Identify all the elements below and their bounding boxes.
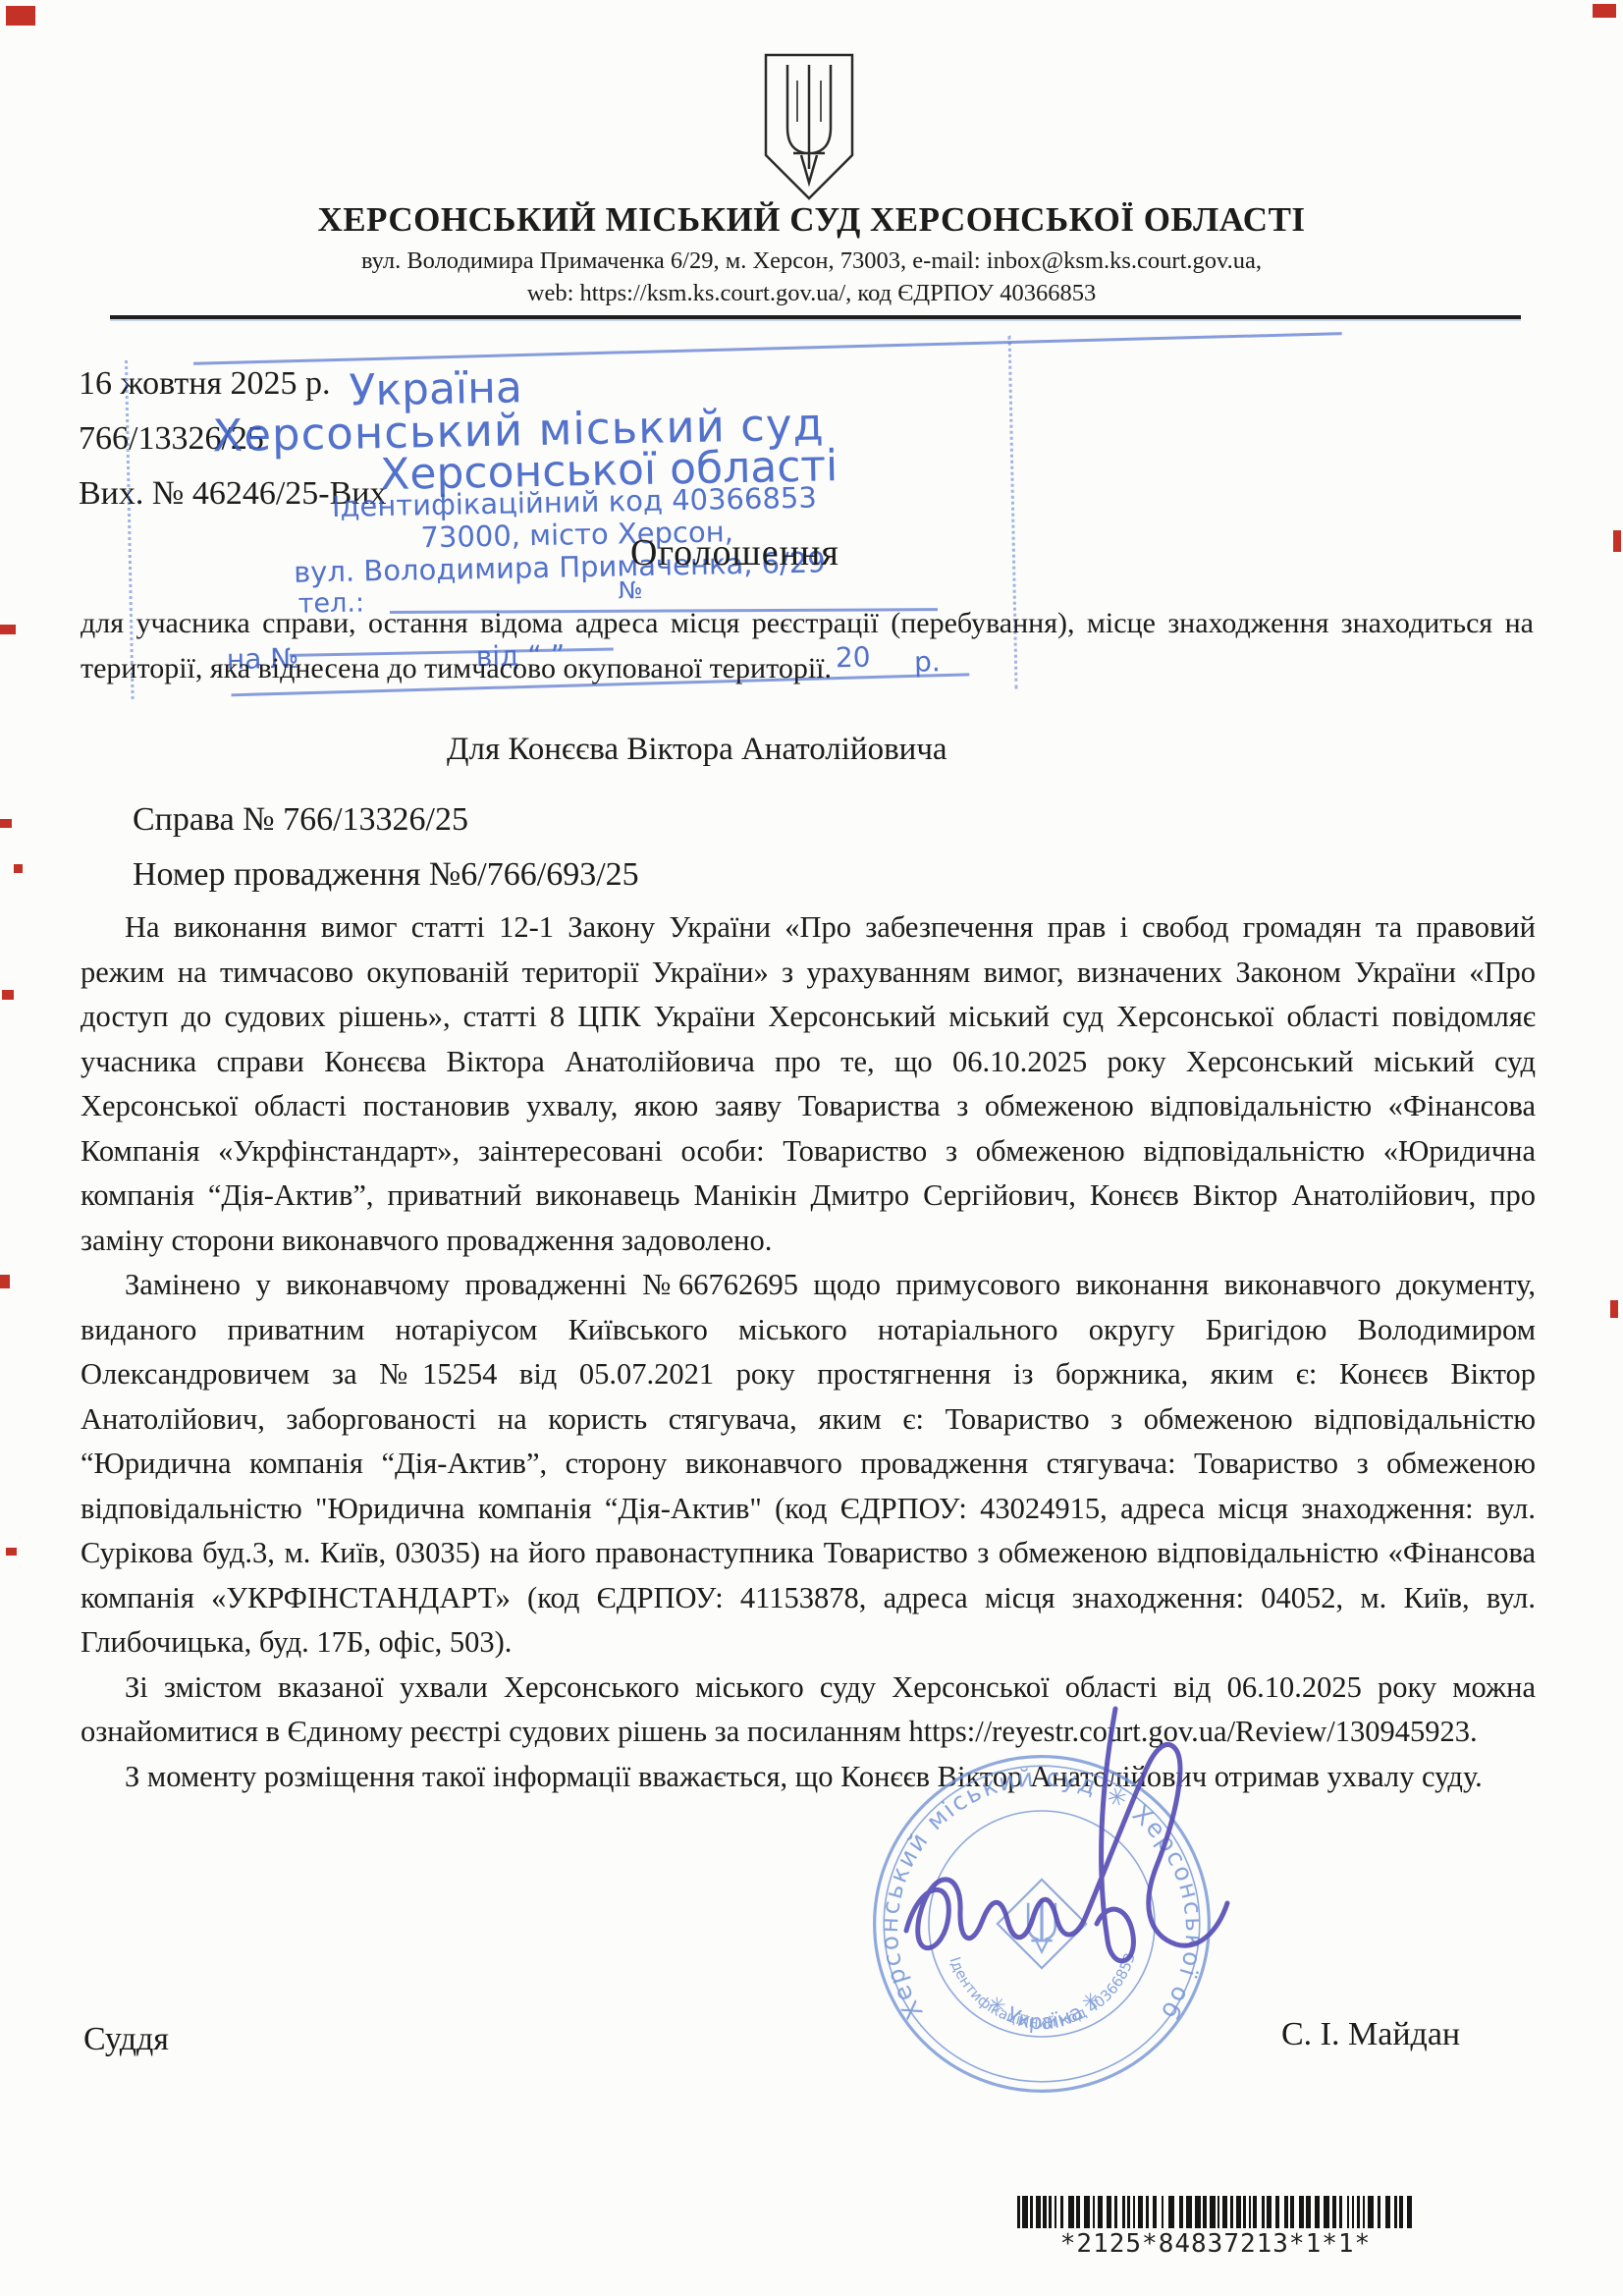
judge-name: С. І. Майдан — [1281, 2016, 1460, 2053]
svg-text:Ідентифікаційний код 40366853: Ідентифікаційний код 40366853 — [946, 1951, 1138, 2032]
judge-role-label: Суддя — [83, 2021, 169, 2058]
court-name: ХЕРСОНСЬКИЙ МІСЬКИЙ СУД ХЕРСОНСЬКОЇ ОБЛА… — [0, 200, 1623, 240]
body-paragraph-1: На виконання вимог статті 12-1 Закону Ук… — [81, 905, 1536, 1263]
seal-inner-text: Ідентифікаційний код 40366853 — [946, 1951, 1138, 2032]
addressee-line: Для Конєєва Віктора Анатолійовича — [447, 732, 947, 768]
scan-artifact — [0, 1275, 10, 1288]
scan-artifact — [2, 990, 14, 1000]
scan-artifact — [14, 864, 23, 873]
case-line: Справа № 766/13326/25 — [133, 801, 468, 839]
intro-paragraph: для учасника справи, остання відома адре… — [81, 601, 1534, 691]
stamp-id-code: Ідентифікаційний код 40366853 — [332, 481, 817, 523]
proceeding-line: Номер провадження №6/766/693/25 — [133, 856, 639, 894]
svg-text:✳ Україна ✳: ✳ Україна ✳ — [982, 1987, 1107, 2035]
coat-of-arms-icon — [758, 51, 860, 202]
scan-artifact — [6, 6, 35, 26]
court-address-line2: web: https://ksm.ks.court.gov.ua/, код Є… — [0, 280, 1623, 307]
stamp-court-line1: Херсонський міський суд — [212, 398, 825, 462]
header-divider — [110, 315, 1521, 319]
scanned-court-document: ХЕРСОНСЬКИЙ МІСЬКИЙ СУД ХЕРСОНСЬКОЇ ОБЛА… — [0, 0, 1623, 2296]
barcode: *2125*84837213*1*1* — [970, 2196, 1461, 2259]
body-paragraph-4: З моменту розміщення такої інформації вв… — [81, 1755, 1536, 1800]
outgoing-number: Вих. № 46246/25-Вих — [79, 475, 386, 513]
scan-artifact — [0, 625, 16, 634]
seal-bottom-text: ✳ Україна ✳ — [982, 1987, 1107, 2035]
scan-artifact — [1610, 1300, 1618, 1318]
court-seal-stamp: Херсонський міський суд ✳ Херсонської об… — [864, 1746, 1219, 2102]
case-number: 766/13326/25 — [79, 420, 264, 458]
stamp-court-line2: Херсонської області — [380, 441, 839, 500]
barcode-text: *2125*84837213*1*1* — [970, 2229, 1461, 2259]
court-address-line1: вул. Володимира Примаченка 6/29, м. Херс… — [0, 247, 1623, 275]
document-body: На виконання вимог статті 12-1 Закону Ук… — [81, 905, 1536, 1799]
stamp-country: Україна — [349, 362, 522, 415]
scan-artifact — [1593, 4, 1616, 18]
scan-artifact — [0, 819, 12, 828]
scan-artifact — [1613, 530, 1621, 552]
page-title: Оголошення — [630, 531, 839, 574]
stamp-top-line — [193, 332, 1342, 365]
barcode-bars — [970, 2196, 1461, 2228]
document-date: 16 жовтня 2025 р. — [79, 365, 331, 403]
scan-artifact — [6, 1548, 17, 1556]
body-paragraph-2: Замінено у виконавчому провадженні №6676… — [81, 1263, 1536, 1666]
body-paragraph-3: Зі змістом вказаної ухвали Херсонського … — [81, 1666, 1536, 1755]
